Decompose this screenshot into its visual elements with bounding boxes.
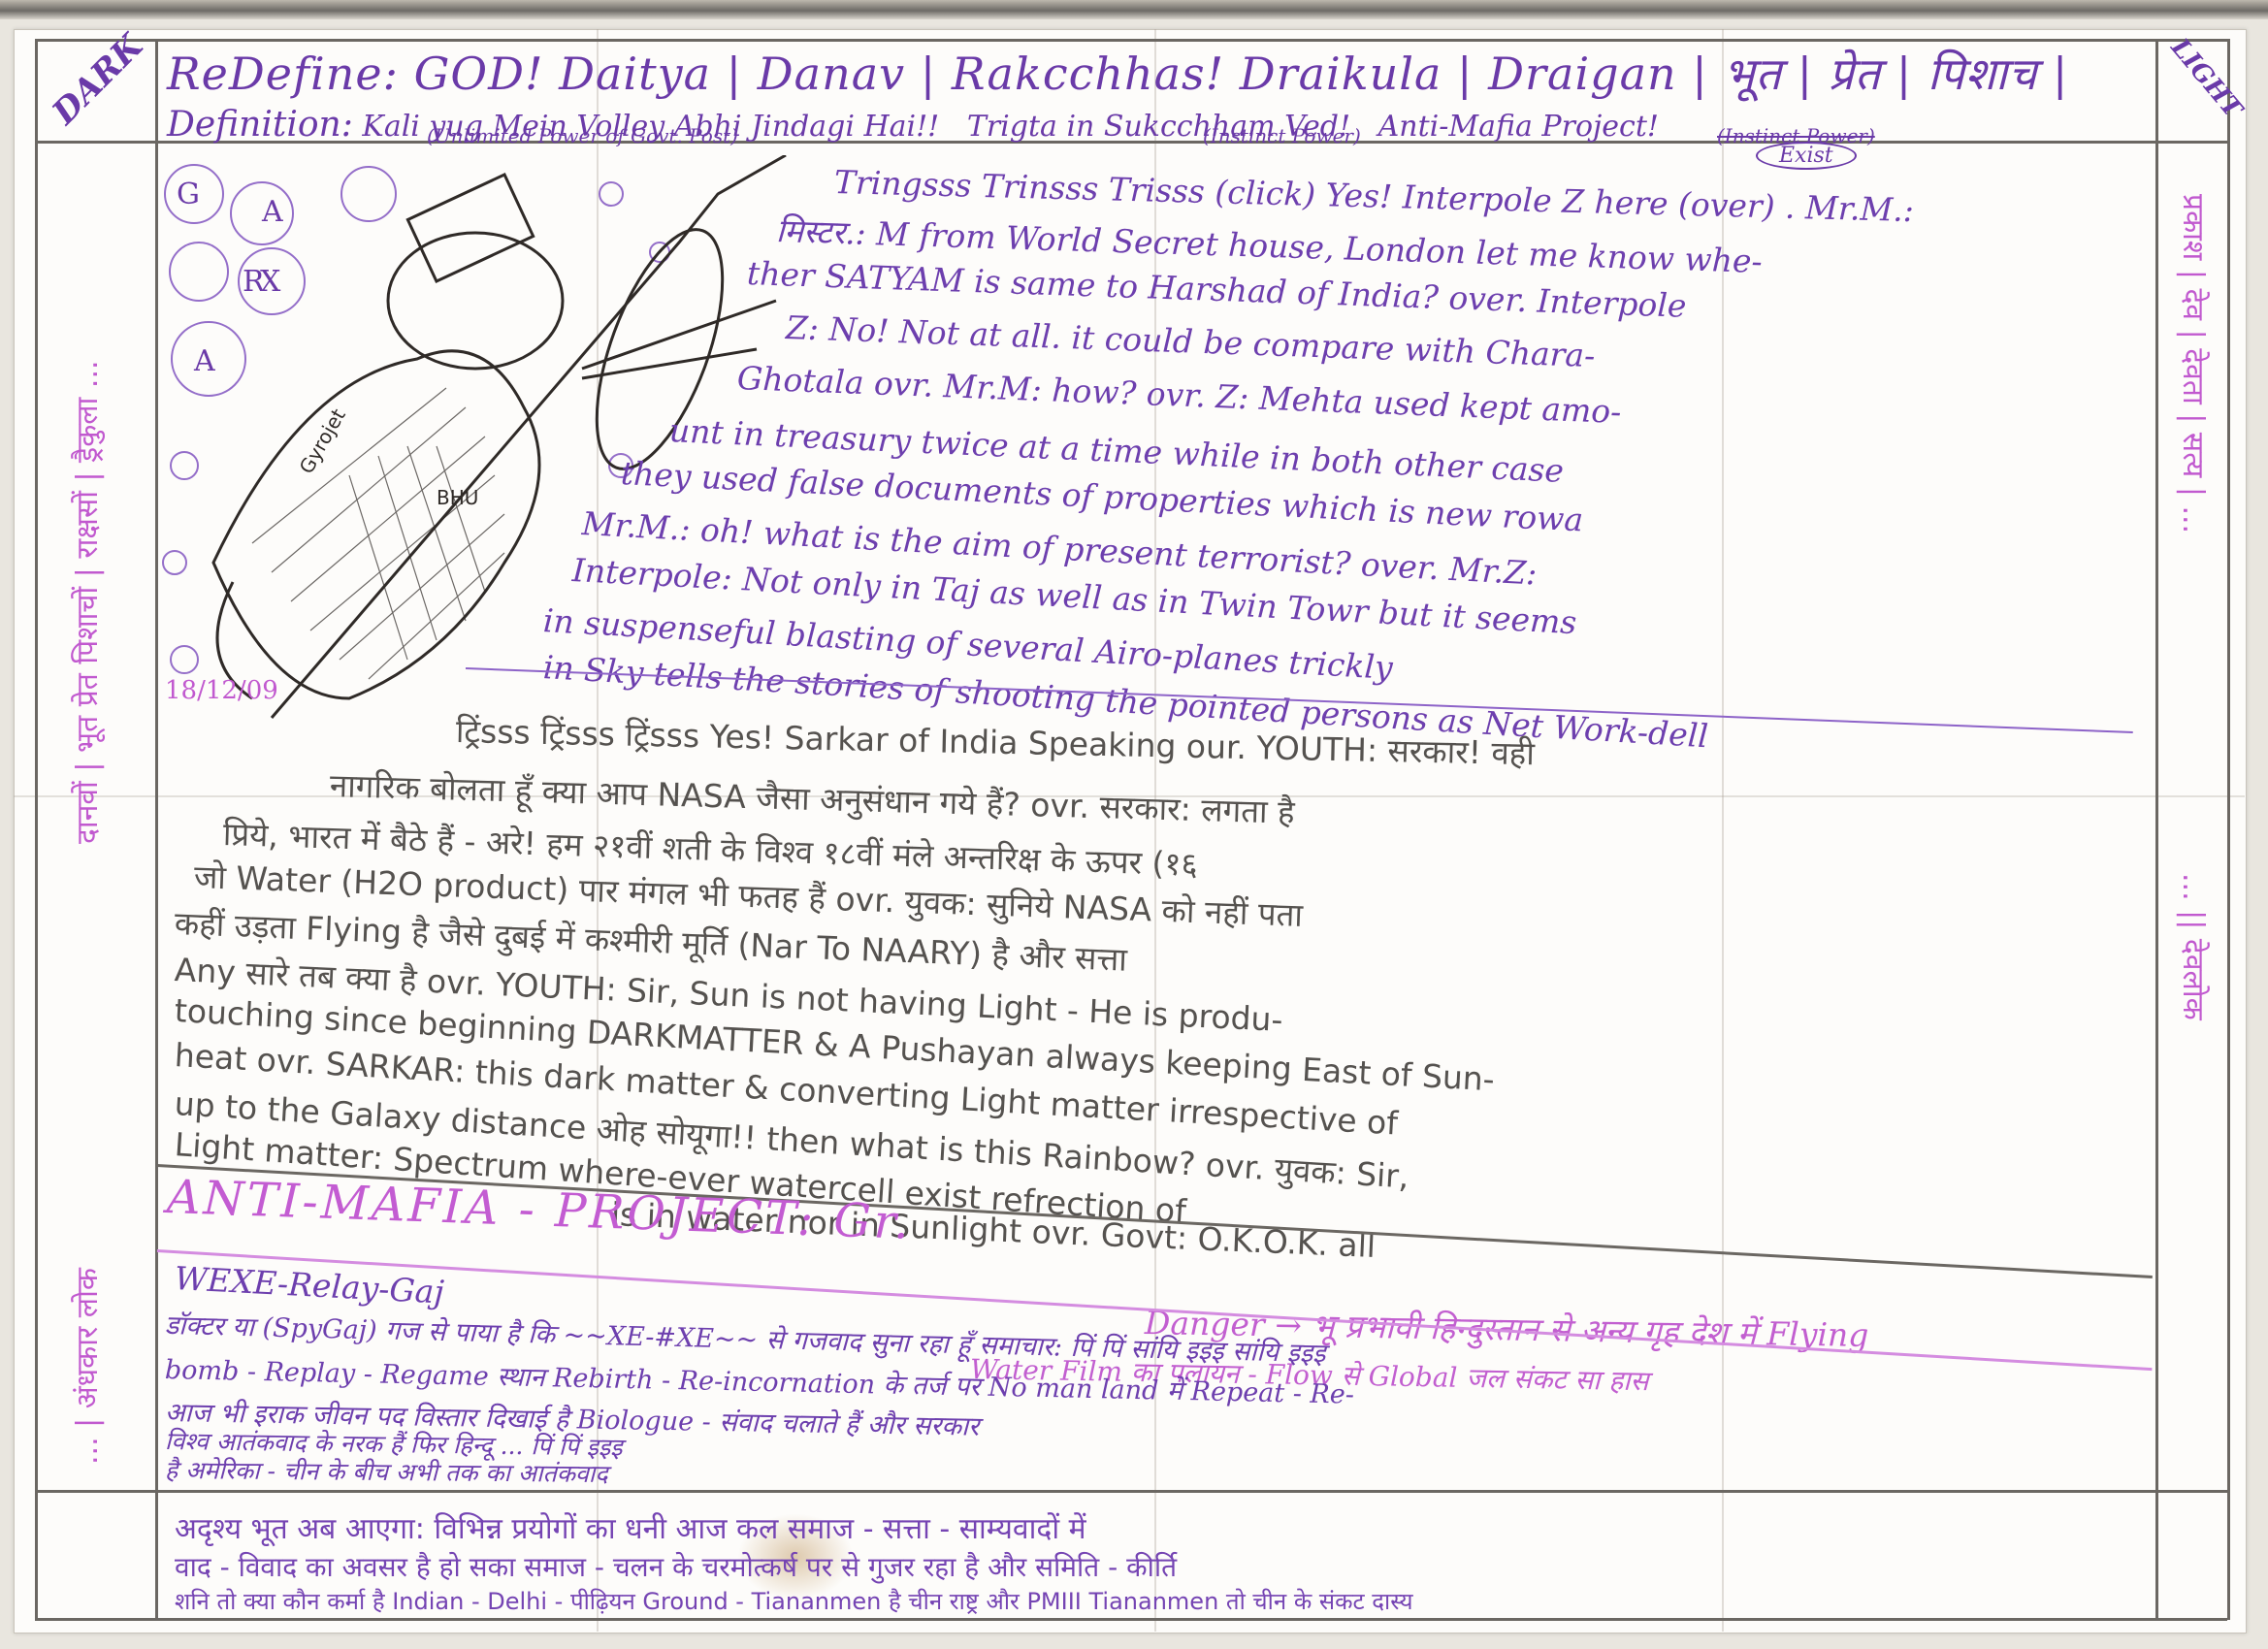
bottom-divider bbox=[35, 1490, 2227, 1493]
margin-right-line bbox=[2155, 39, 2158, 1620]
svg-text:A: A bbox=[261, 195, 283, 229]
border-right bbox=[2227, 39, 2230, 1620]
border-left bbox=[35, 39, 38, 1620]
bottom-line: शनि तो क्या कौन कर्मा है Indian - Delhi … bbox=[175, 1585, 1413, 1617]
svg-text:A: A bbox=[193, 344, 215, 378]
left-margin-text: दानवों | भूत प्रेत पिशाचों | राक्षसों | … bbox=[68, 165, 108, 844]
exist-annotation: Exist bbox=[1756, 142, 1857, 170]
left-margin-text: ... | अंधकार लोक bbox=[68, 1135, 108, 1465]
relay-line: है अमेरिका - चीन के बीच अभी तक का आतंकवा… bbox=[165, 1453, 608, 1490]
svg-text:X: X bbox=[260, 265, 281, 299]
svg-text:Gyrojet: Gyrojet bbox=[295, 404, 350, 477]
definition-sub: (Unlimited Power of Govt. Post) bbox=[427, 124, 738, 147]
page-title: ReDefine: GOD! Daitya | Danav | Rakcchha… bbox=[167, 43, 2068, 103]
right-margin-text: ... || देवलोक bbox=[2173, 873, 2213, 1397]
definition-row: Definition: Kali yug Mein Volley Abhi Ji… bbox=[167, 105, 1659, 145]
scanner-edge bbox=[0, 0, 2268, 19]
svg-text:BHU: BHU bbox=[437, 486, 478, 509]
right-margin-text: प्रकाश | देव | देवता | सत्य | ... bbox=[2173, 194, 2213, 873]
definition-sub: (Instinct Power) bbox=[1203, 124, 1361, 147]
border-top bbox=[35, 39, 2227, 42]
bottom-line: वाद - विवाद का अवसर है हो सका समाज - चलन… bbox=[175, 1548, 1177, 1585]
definition-part: Anti-Mafia Project! bbox=[1378, 110, 1659, 144]
sketch-date: 18/12/09 bbox=[165, 676, 278, 705]
svg-text:G: G bbox=[177, 178, 200, 211]
definition-label: Definition: bbox=[167, 105, 353, 145]
border-bottom bbox=[35, 1618, 2227, 1621]
bottom-line: अदृश्य भूत अब आएगा: विभिन्न प्रयोगों का … bbox=[175, 1507, 1086, 1547]
